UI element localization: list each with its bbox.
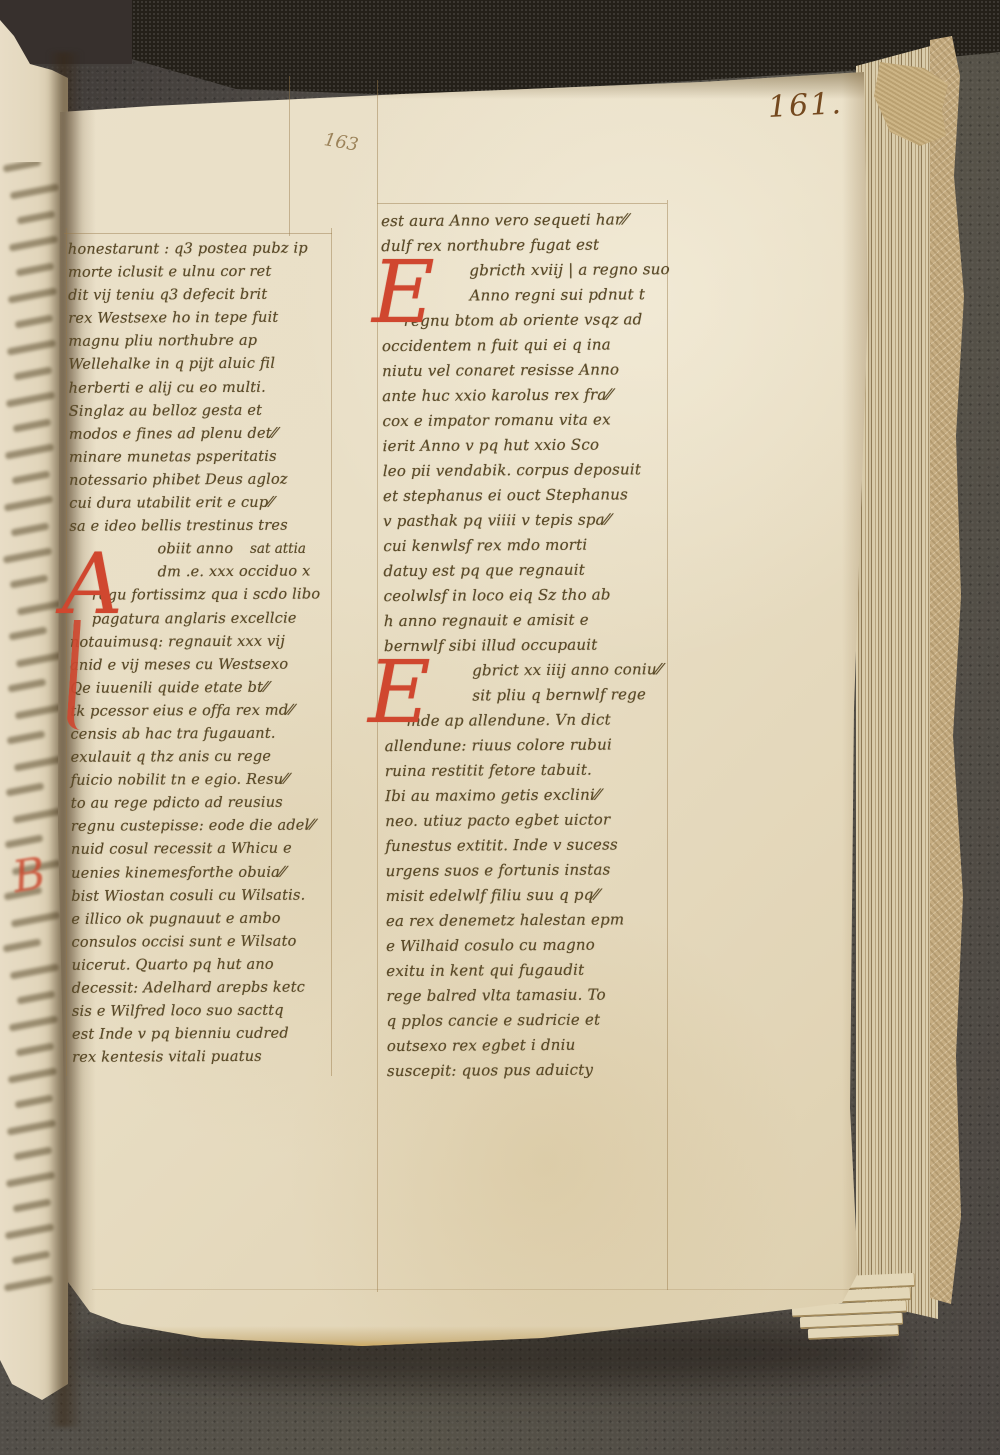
manuscript-text-line: urgens suos e fortunis instas <box>385 857 691 884</box>
facing-page-blurred-line <box>4 1275 53 1291</box>
manuscript-text-line: rex kentesis vitali puatus <box>72 1046 368 1071</box>
manuscript-text-line: decessit: Adelhard arepbs ketc <box>72 976 368 1001</box>
facing-page-blurred-line <box>6 782 45 796</box>
manuscript-text-line: notessario phibet Deus agloz <box>69 468 365 493</box>
manuscript-text-line: Singlaz au belloz gesta et <box>69 399 365 424</box>
ruling-line <box>64 233 332 234</box>
facing-page-blurred-line <box>9 626 48 640</box>
manuscript-text-line: v pasthak pq viiii v tepis spa⁄⁄ <box>383 507 689 534</box>
facing-page-blurred-line <box>13 418 52 432</box>
manuscript-text-line: herberti e alij cu eo multi. <box>69 376 365 401</box>
manuscript-text-line: outsexo rex egbet i dniu <box>387 1032 693 1059</box>
manuscript-text-line: regnu btom ab oriente vsqz ad <box>404 307 688 334</box>
manuscript-text-line: censis ab hac tra fugauant. <box>70 722 366 747</box>
manuscript-text-line: tk pcessor eius e offa rex md⁄⁄ <box>70 699 366 724</box>
manuscript-text-line: mde ap allendune. Vn dict <box>406 707 690 734</box>
manuscript-text-line: consulos occisi sunt e Wilsato <box>71 930 367 955</box>
ruling-line <box>289 76 290 236</box>
facing-page-blurred-line <box>14 1146 53 1160</box>
manuscript-text-line: est aura Anno vero sequeti har⁄⁄ <box>381 207 687 234</box>
manuscript-text-line: neo. utiuz pacto egbet uictor <box>385 807 691 834</box>
manuscript-text-line: dit vij teniu q3 defecit brit <box>68 283 364 308</box>
facing-page-blurred-line <box>5 1223 54 1239</box>
ruling-line <box>92 1289 852 1290</box>
manuscript-text-line: exulauit q thz anis cu rege <box>70 745 366 770</box>
fore-edge-page-stack <box>856 44 938 1326</box>
manuscript-text-line: suscepit: quos pus aduicty <box>387 1057 693 1084</box>
facing-page-blurred-line <box>12 470 51 484</box>
manuscript-text-line: gbricth xviij | a regno suo <box>469 257 687 284</box>
manuscript-text-line: est Inde v pq bienniu cudred <box>72 1022 368 1047</box>
manuscript-text-line: q pplos cancie e sudricie et <box>387 1007 693 1034</box>
facing-page-blurred-line <box>8 678 47 692</box>
manuscript-text-line: regu fortissimz qua i scdo libo <box>92 584 366 609</box>
manuscript-text-line: cui dura utabilit erit e cup⁄⁄ <box>69 491 365 516</box>
left-text-column: honestarunt : q3 postea pubz ipmorte icl… <box>68 237 368 1070</box>
manuscript-text-line: cui kenwlsf rex mdo morti <box>383 532 689 559</box>
manuscript-text-line: exitu in kent qui fugaudit <box>386 957 692 984</box>
manuscript-text-line: ruina restitit fetore tabuit. <box>385 757 691 784</box>
manuscript-text-line: magnu pliu northubre ap <box>68 330 364 355</box>
facing-page-blurred-line <box>4 495 53 511</box>
manuscript-text-line: Ibi au maximo getis exclini⁄⁄ <box>385 782 691 809</box>
folio-number: 161. <box>767 86 844 125</box>
rubric-initial-a: A <box>62 542 123 626</box>
manuscript-text-line: rege balred vlta tamasiu. To <box>386 982 692 1009</box>
manuscript-text-line: h anno regnauit e amisit e <box>384 607 690 634</box>
manuscript-text-line: e illico ok pugnauut e ambo <box>71 907 367 932</box>
manuscript-text-line: datuy est pq que regnauit <box>383 557 689 584</box>
manuscript-text-line: rex Westsexe ho in tepe fuit <box>68 307 364 332</box>
manuscript-text-line: nuid cosul recessit a Whicu e <box>71 838 367 863</box>
manuscript-text-line: sit pliu q bernwlf rege <box>472 682 690 709</box>
manuscript-photo: B 161. 163 honestarunt : q3 postea pubz … <box>0 0 1000 1455</box>
manuscript-text-line: honestarunt : q3 postea pubz ip <box>68 237 364 262</box>
manuscript-text-line: dm .e. xxx occiduo x <box>158 561 366 585</box>
manuscript-text-line: ierit Anno v pq hut xxio Sco <box>383 432 689 459</box>
manuscript-text-line: funestus extitit. Inde v sucess <box>385 832 691 859</box>
facing-page-blurred-line <box>5 834 44 848</box>
manuscript-text-line: misit edelwlf filiu suu q pq⁄⁄ <box>386 882 692 909</box>
facing-page-blurred-line <box>7 730 46 744</box>
facing-page-blurred-line <box>10 574 49 588</box>
manuscript-text-line: et stephanus ei ouct Stephanus <box>383 482 689 509</box>
manuscript-text-line: anid e vij meses cu Westsexo <box>70 653 366 678</box>
facing-page-blurred-line <box>13 1198 52 1212</box>
manuscript-text-line: gbrict xx iiij anno coniu⁄⁄ <box>472 657 690 684</box>
manuscript-text-line: Anno regni sui pdnut t <box>469 282 687 309</box>
manuscript-text-line: pagatura anglaris excellcie <box>92 607 366 632</box>
manuscript-text-line: niutu vel conaret resisse Anno <box>382 357 688 384</box>
manuscript-text-line: leo pii vendabik. corpus deposuit <box>383 457 689 484</box>
manuscript-text-line: regnu custepisse: eode die adel⁄⁄ <box>71 815 367 840</box>
manuscript-text-line: e Wilhaid cosulo cu magno <box>386 932 692 959</box>
facing-page-blurred-line <box>3 162 42 173</box>
manuscript-text-line: sis e Wilfred loco suo sacttq <box>72 999 368 1024</box>
facing-page-blurred-line <box>3 938 42 952</box>
manuscript-text-line: ea rex denemetz halestan epm <box>386 907 692 934</box>
manuscript-text-line: ante huc xxio karolus rex fra⁄⁄ <box>382 382 688 409</box>
facing-page-blurred-line <box>12 1250 51 1264</box>
manuscript-text-line: to au rege pdicto ad reusius <box>71 791 367 816</box>
manuscript-text-line: Qe iuuenili quide etate bt⁄⁄ <box>70 676 366 701</box>
manuscript-text-line: fuicio nobilit tn e egio. Resu⁄⁄ <box>71 768 367 793</box>
ruling-line <box>66 228 67 1076</box>
manuscript-text-line: cox e impator romanu vita ex <box>382 407 688 434</box>
facing-page-blurred-line <box>5 443 54 459</box>
ruling-line <box>377 203 667 204</box>
facing-page-blurred-line <box>14 366 53 380</box>
manuscript-text-line: notauimusq: regnauit xxx vij <box>70 630 366 655</box>
margin-note: sat attia <box>250 541 306 557</box>
facing-page-blurred-line <box>11 522 50 536</box>
manuscript-text-line: ceolwlsf in loco eiq Sz tho ab <box>384 582 690 609</box>
facing-page-blurred-line <box>3 547 52 563</box>
manuscript-text-line: uicerut. Quarto pq hut ano <box>72 953 368 978</box>
manuscript-text-line: Wellehalke in q pijt aluic fil <box>68 353 364 378</box>
manuscript-text-line: modos e fines ad plenu det⁄⁄ <box>69 422 365 447</box>
manuscript-text-line: uenies kinemesforthe obuia⁄⁄ <box>71 861 367 886</box>
manuscript-text-line: minare munetas psperitatis <box>69 445 365 470</box>
manuscript-text-line: bist Wiostan cosuli cu Wilsatis. <box>71 884 367 909</box>
rubric-initial-e-second: E <box>368 650 431 736</box>
rubric-initial-e-first: E <box>372 250 435 336</box>
manuscript-text-line: morte iclusit e ulnu cor ret <box>68 260 364 285</box>
